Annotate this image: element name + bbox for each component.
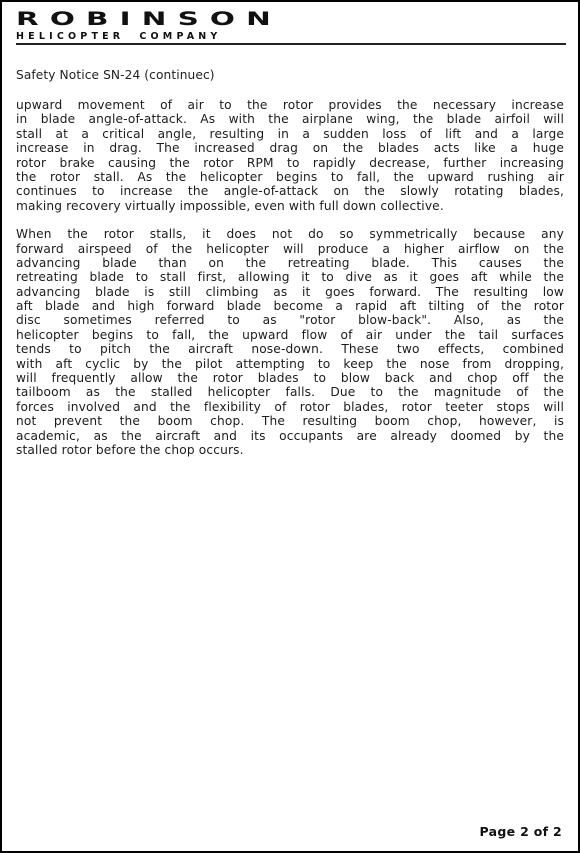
paragraph-2: When the rotor stalls, it does not do so… [16,227,564,457]
text-line: forward airspeed of the helicopter will … [16,242,564,256]
text-line: When the rotor stalls, it does not do so… [16,227,564,241]
text-line: making recovery virtually impossible, ev… [16,199,564,213]
text-line: retreating blade to stall first, allowin… [16,270,564,284]
text-line: advancing blade than on the retreating b… [16,256,564,270]
text-line: the rotor stall. As the helicopter begin… [16,170,564,184]
text-line: aft blade and high forward blade become … [16,299,564,313]
notice-body: upward movement of air to the rotor prov… [16,98,564,457]
page-number: Page 2 of 2 [480,824,562,839]
text-line: helicopter begins to fall, the upward fl… [16,328,564,342]
paragraph-1: upward movement of air to the rotor prov… [16,98,564,213]
text-line: increase in drag. The increased drag on … [16,141,564,155]
text-line: disc sometimes referred to as "rotor blo… [16,313,564,327]
text-line: in blade angle-of-attack. As with the ai… [16,112,564,126]
text-line: upward movement of air to the rotor prov… [16,98,564,112]
text-line: rotor brake causing the rotor RPM to rap… [16,156,564,170]
text-line: academic, as the aircraft and its occupa… [16,429,564,443]
document-page: ROBINSON HELICOPTER COMPANY Safety Notic… [0,0,580,853]
text-line: continues to increase the angle-of-attac… [16,184,564,198]
text-line: stall at a critical angle, resulting in … [16,127,564,141]
company-subtitle: HELICOPTER COMPANY [16,31,222,43]
company-name: ROBINSON [16,8,335,30]
text-line: stalled rotor before the chop occurs. [16,443,564,457]
text-line: with aft cyclic by the pilot attempting … [16,357,564,371]
header-divider [16,43,566,45]
text-line: tends to pitch the aircraft nose-down. T… [16,342,564,356]
text-line: advancing blade is still climbing as it … [16,285,564,299]
text-line: forces involved and the flexibility of r… [16,400,564,414]
text-line: will frequently allow the rotor blades t… [16,371,564,385]
text-line: not prevent the boom chop. The resulting… [16,414,564,428]
notice-title: Safety Notice SN-24 (continuec) [16,68,215,82]
company-logo: ROBINSON HELICOPTER COMPANY [16,8,222,43]
text-line: tailboom as the stalled helicopter falls… [16,385,564,399]
